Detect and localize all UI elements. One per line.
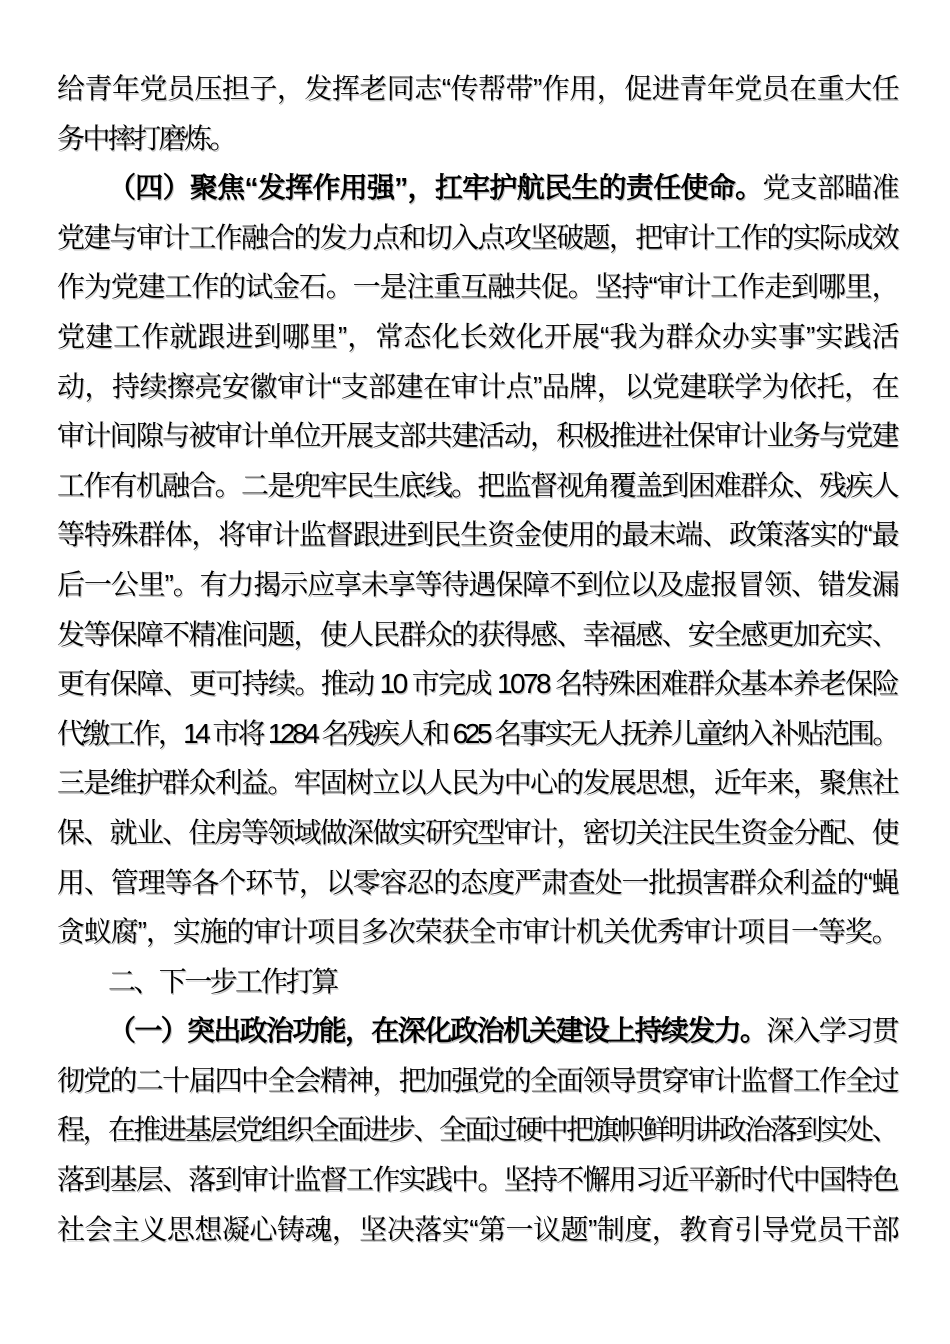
para-section-four-line: 贪蚁腐”，实施的审计项目多次荣获全市审计机关优秀审计项目一等奖。 [57, 907, 897, 957]
para-section-four-line: 用、管理等各个环节，以零容忍的态度严肃查处一批损害群众利益的“蝇 [57, 858, 897, 908]
body-text: 落到基层、落到审计监督工作实践中。坚持不懈用习近平新时代中国特色 [57, 1164, 897, 1195]
para-section-four-line: 后一公里”。有力揭示应享未享等待遇保障不到位以及虚报冒领、错发漏 [57, 560, 897, 610]
body-text: 二、下一步工作打算 [108, 966, 337, 997]
body-text: 保、就业、住房等领域做深做实研究型审计，密切关注民生资金分配、使 [57, 817, 897, 848]
para-section-four-line: 三是维护群众利益。牢固树立以人民为中心的发展思想，近年来，聚焦社 [57, 758, 897, 808]
body-text: 三是维护群众利益。牢固树立以人民为中心的发展思想，近年来，聚焦社 [57, 767, 897, 798]
body-text: 社会主义思想凝心铸魂，坚决落实“第一议题”制度，教育引导党员干部 [57, 1214, 897, 1245]
body-text: 党支部瞄准 [762, 172, 897, 203]
body-text: 给青年党员压担子，发挥老同志“传帮带”作用，促进青年党员在重大任 [57, 73, 897, 104]
para-continuation-line: 给青年党员压担子，发挥老同志“传帮带”作用，促进青年党员在重大任 [57, 64, 897, 114]
para-continuation-line: 务中摔打磨炼。 [57, 114, 897, 164]
body-text: 发等保障不精准问题，使人民群众的获得感、幸福感、安全感更加充实、 [57, 619, 897, 650]
section-heading-text: （四）聚焦“发挥作用强”，扛牢护航民生的责任使命。 [108, 172, 762, 203]
body-text: 动，持续擦亮安徽审计“支部建在审计点”品牌，以党建联学为依托，在 [57, 371, 897, 402]
para-section-four-line: 审计间隙与被审计单位开展支部共建活动，积极推进社保审计业务与党建 [57, 411, 897, 461]
para-section-four-line: 党建与审计工作融合的发力点和切入点攻坚破题，把审计工作的实际成效 [57, 213, 897, 263]
body-text: 工作有机融合。二是兜牢民生底线。把监督视角覆盖到困难群众、残疾人 [57, 470, 897, 501]
body-text: 代缴工作，14 市将 1284 名残疾人和 625 名事实无人抚养儿童纳入补贴范… [57, 718, 897, 749]
body-text: 深入学习贯 [766, 1015, 897, 1046]
body-text: 审计间隙与被审计单位开展支部共建活动，积极推进社保审计业务与党建 [57, 420, 897, 451]
body-text: 程，在推进基层党组织全面进步、全面过硬中把旗帜鲜明讲政治落到实处、 [57, 1114, 897, 1145]
body-text: 党建与审计工作融合的发力点和切入点攻坚破题，把审计工作的实际成效 [57, 222, 897, 253]
para-section-one-line: 社会主义思想凝心铸魂，坚决落实“第一议题”制度，教育引导党员干部 [57, 1205, 897, 1255]
body-text: 贪蚁腐”，实施的审计项目多次荣获全市审计机关优秀审计项目一等奖。 [57, 916, 897, 947]
body-text: 党建工作就跟进到哪里”，常态化长效化开展“我为群众办实事”实践活 [57, 321, 897, 352]
para-section-four-line: 等特殊群体，将审计监督跟进到民生资金使用的最末端、政策落实的“最 [57, 510, 897, 560]
section-heading-text: （一）突出政治功能，在深化政治机关建设上持续发力。 [108, 1015, 766, 1046]
para-section-four-line: 保、就业、住房等领域做深做实研究型审计，密切关注民生资金分配、使 [57, 808, 897, 858]
para-section-one-line: （一）突出政治功能，在深化政治机关建设上持续发力。深入学习贯 [57, 1006, 897, 1056]
para-section-one-line: 落到基层、落到审计监督工作实践中。坚持不懈用习近平新时代中国特色 [57, 1155, 897, 1205]
para-section-four-line: 更有保障、更可持续。推动 10 市完成 1078 名特殊困难群众基本养老保险 [57, 659, 897, 709]
para-section-four-line: 代缴工作，14 市将 1284 名残疾人和 625 名事实无人抚养儿童纳入补贴范… [57, 709, 897, 759]
body-text: 更有保障、更可持续。推动 10 市完成 1078 名特殊困难群众基本养老保险 [57, 668, 897, 699]
body-text: 用、管理等各个环节，以零容忍的态度严肃查处一批损害群众利益的“蝇 [57, 867, 897, 898]
document-page: 给青年党员压担子，发挥老同志“传帮带”作用，促进青年党员在重大任务中摔打磨炼。（… [0, 0, 950, 1344]
para-section-four-line: 党建工作就跟进到哪里”，常态化长效化开展“我为群众办实事”实践活 [57, 312, 897, 362]
para-section-one-line: 程，在推进基层党组织全面进步、全面过硬中把旗帜鲜明讲政治落到实处、 [57, 1105, 897, 1155]
body-text: 后一公里”。有力揭示应享未享等待遇保障不到位以及虚报冒领、错发漏 [57, 569, 897, 600]
body-text: 务中摔打磨炼。 [57, 123, 235, 154]
para-section-four-line: 作为党建工作的试金石。一是注重互融共促。坚持“审计工作走到哪里， [57, 262, 897, 312]
body-text: 等特殊群体，将审计监督跟进到民生资金使用的最末端、政策落实的“最 [57, 519, 897, 550]
para-section-four-line: 发等保障不精准问题，使人民群众的获得感、幸福感、安全感更加充实、 [57, 610, 897, 660]
para-section-four-line: 工作有机融合。二是兜牢民生底线。把监督视角覆盖到困难群众、残疾人 [57, 461, 897, 511]
para-heading-two-line: 二、下一步工作打算 [57, 957, 897, 1007]
document-text-block: 给青年党员压担子，发挥老同志“传帮带”作用，促进青年党员在重大任务中摔打磨炼。（… [57, 64, 897, 1254]
para-section-four-line: （四）聚焦“发挥作用强”，扛牢护航民生的责任使命。党支部瞄准 [57, 163, 897, 213]
body-text: 彻党的二十届四中全会精神，把加强党的全面领导贯穿审计监督工作全过 [57, 1065, 897, 1096]
para-section-one-line: 彻党的二十届四中全会精神，把加强党的全面领导贯穿审计监督工作全过 [57, 1056, 897, 1106]
body-text: 作为党建工作的试金石。一是注重互融共促。坚持“审计工作走到哪里， [57, 271, 897, 302]
para-section-four-line: 动，持续擦亮安徽审计“支部建在审计点”品牌，以党建联学为依托，在 [57, 362, 897, 412]
